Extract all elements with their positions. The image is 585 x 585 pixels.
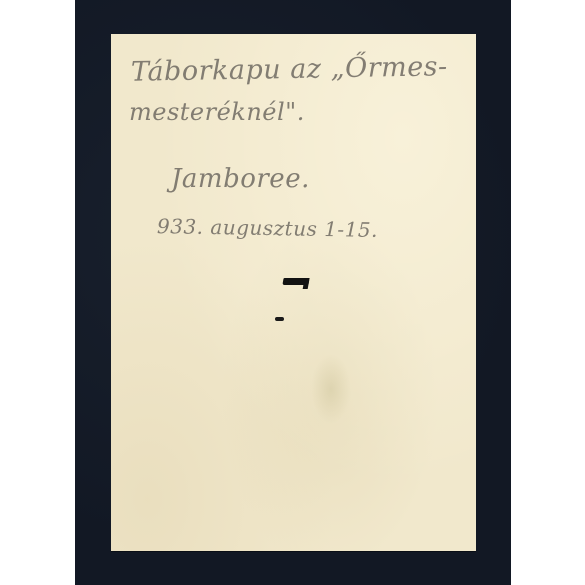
- handwriting-line-1: Táborkapu az „Őrmes-: [131, 51, 448, 88]
- handwriting-date: 933. augusztus 1-15.: [157, 214, 378, 242]
- ink-mark: [282, 278, 309, 285]
- photo-back-card: Táborkapu az „Őrmes- mesteréknél". Jambo…: [111, 34, 476, 551]
- ink-dot: [275, 317, 284, 321]
- handwriting-line-3: Jamboree.: [171, 164, 310, 194]
- paper-stain: [311, 354, 351, 424]
- handwriting-line-2: mesteréknél".: [129, 98, 305, 126]
